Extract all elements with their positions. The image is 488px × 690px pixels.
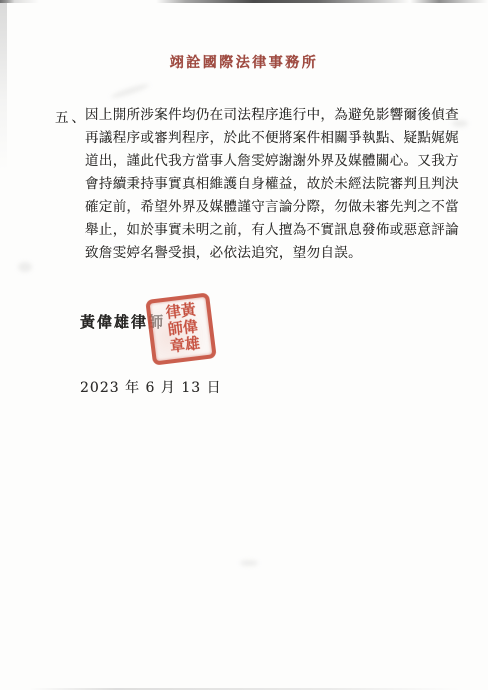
paragraph-line: 確定前，希望外界及媒體謹守言論分際，勿做未審先判之不當 bbox=[85, 198, 465, 221]
paragraph-line: 再議程序或審判程序，於此不便將案件相關爭執點、疑點娓娓 bbox=[85, 129, 465, 152]
paragraph-line: 因上開所涉案件均仍在司法程序進行中，為避免影響爾後偵查 bbox=[85, 106, 465, 129]
scan-smudge bbox=[240, 560, 258, 566]
paragraph-line: 會持續秉持事實真相維護自身權益，故於未經法院審判且判決 bbox=[85, 175, 465, 198]
law-firm-name-header: 翊詮國際法律事務所 bbox=[0, 52, 488, 72]
paragraph-line: 致詹雯婷名譽受損，必依法追究，望勿自誤。 bbox=[85, 244, 465, 267]
scan-smudge bbox=[18, 262, 32, 272]
scan-smudge bbox=[110, 82, 150, 100]
seal-text: 黃偉雄 律師章 bbox=[163, 301, 199, 356]
paragraph-line: 道出，謹此代我方當事人詹雯婷謝謝外界及媒體關心。又我方 bbox=[85, 152, 465, 175]
scanned-letter-page: 翊詮國際法律事務所 五、 因上開所涉案件均仍在司法程序進行中，為避免影響爾後偵查… bbox=[0, 0, 488, 690]
lawyer-seal-stamp: 黃偉雄 律師章 bbox=[145, 292, 217, 365]
paragraph-number-marker: 五、 bbox=[55, 106, 88, 126]
paragraph-line: 舉止，如於事實未明之前，有人擅為不實訊息發佈或惡意評論 bbox=[85, 221, 465, 244]
document-date: 2023 年 6 月 13 日 bbox=[80, 377, 222, 397]
scan-artifact-left-edge bbox=[0, 0, 7, 170]
statement-paragraph: 因上開所涉案件均仍在司法程序進行中，為避免影響爾後偵查 再議程序或審判程序，於此… bbox=[85, 106, 465, 267]
scan-artifact-top-edge bbox=[0, 0, 488, 3]
